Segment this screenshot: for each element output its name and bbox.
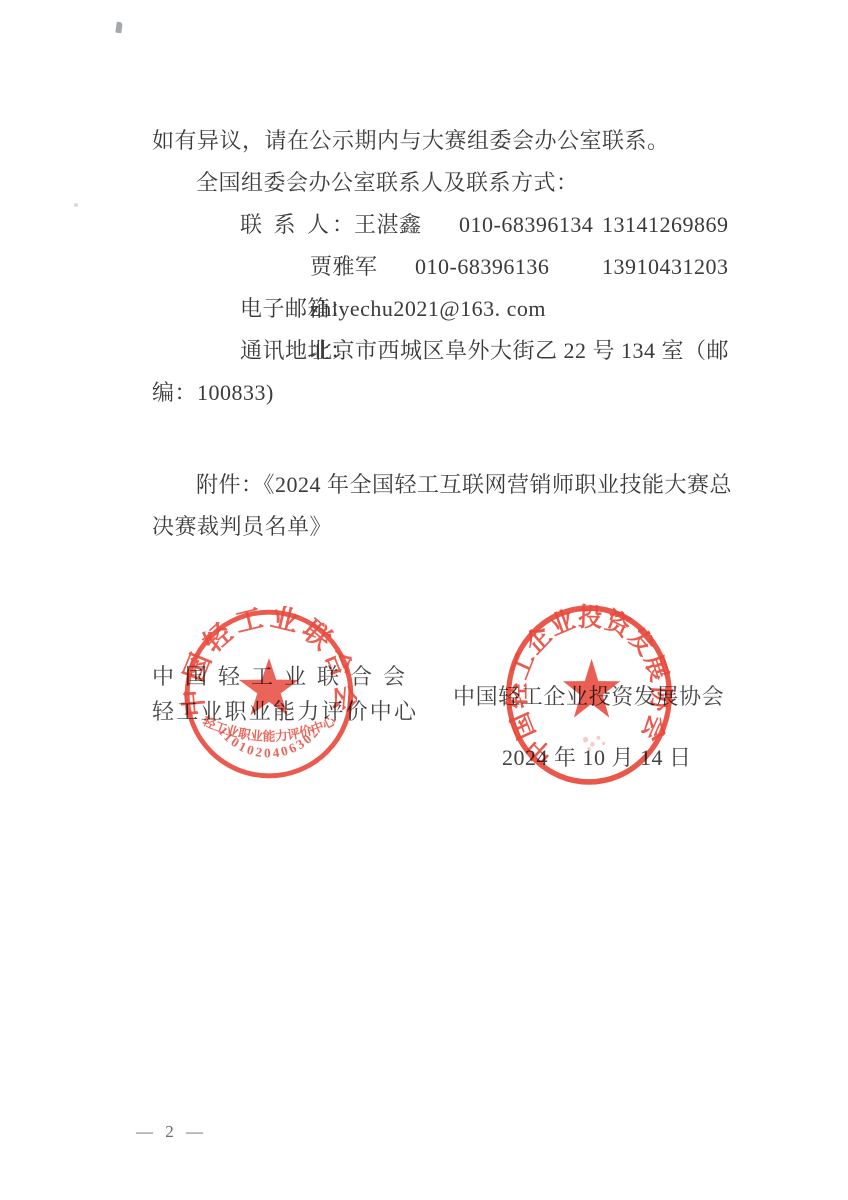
- attachment-line-1: 附件：《2024 年全国轻工互联网营销师职业技能大赛总: [152, 464, 742, 506]
- contact-mobile: 13910431203: [602, 254, 729, 279]
- contact-name: 贾雅军: [310, 246, 415, 288]
- address-label: 通讯地址：: [196, 330, 310, 372]
- address-value-line1: 北京市西城区阜外大街乙 22 号 134 室（邮: [310, 338, 729, 363]
- official-seal-right: 中国轻工企业投资发展协会: [503, 602, 675, 788]
- address-row-wrap: 编：100833): [152, 372, 742, 414]
- star-icon: [563, 659, 620, 718]
- body-text: 如有异议，请在公示期内与大赛组委会办公室联系。 全国组委会办公室联系人及联系方式…: [152, 120, 742, 548]
- page-number: — 2 —: [136, 1122, 207, 1142]
- paragraph-contact-intro: 全国组委会办公室联系人及联系方式：: [152, 162, 742, 204]
- scan-speck: [74, 203, 78, 207]
- email-row: 电子邮箱：zhiyechu2021@163. com: [152, 288, 742, 330]
- contact-mobile: 13141269869: [602, 212, 729, 237]
- contact-tel: 010-68396136: [415, 246, 602, 288]
- contact-name: 王湛鑫: [310, 204, 415, 246]
- attachment-line-2: 决赛裁判员名单》: [152, 506, 742, 548]
- paragraph-notice: 如有异议，请在公示期内与大赛组委会办公室联系。: [152, 120, 742, 162]
- document-page: 如有异议，请在公示期内与大赛组委会办公室联系。 全国组委会办公室联系人及联系方式…: [0, 0, 848, 1200]
- official-seal-left: 中国轻工业联合会 轻工业职业能力评价中心 1101020406302: [181, 606, 357, 782]
- seal-ink-smudge: [583, 736, 605, 751]
- contact-row-1: 联 系 人：王湛鑫010-6839613413141269869: [152, 204, 742, 246]
- star-icon: [239, 658, 299, 715]
- scan-artifact: [115, 22, 122, 34]
- contact-label: 联 系 人：: [196, 204, 310, 246]
- address-row: 通讯地址：北京市西城区阜外大街乙 22 号 134 室（邮: [152, 330, 742, 372]
- contact-tel: 010-68396134: [415, 204, 602, 246]
- email-value: zhiyechu2021@163. com: [310, 296, 546, 321]
- contact-row-2: 贾雅军010-6839613613910431203: [152, 246, 742, 288]
- email-label: 电子邮箱：: [196, 288, 310, 330]
